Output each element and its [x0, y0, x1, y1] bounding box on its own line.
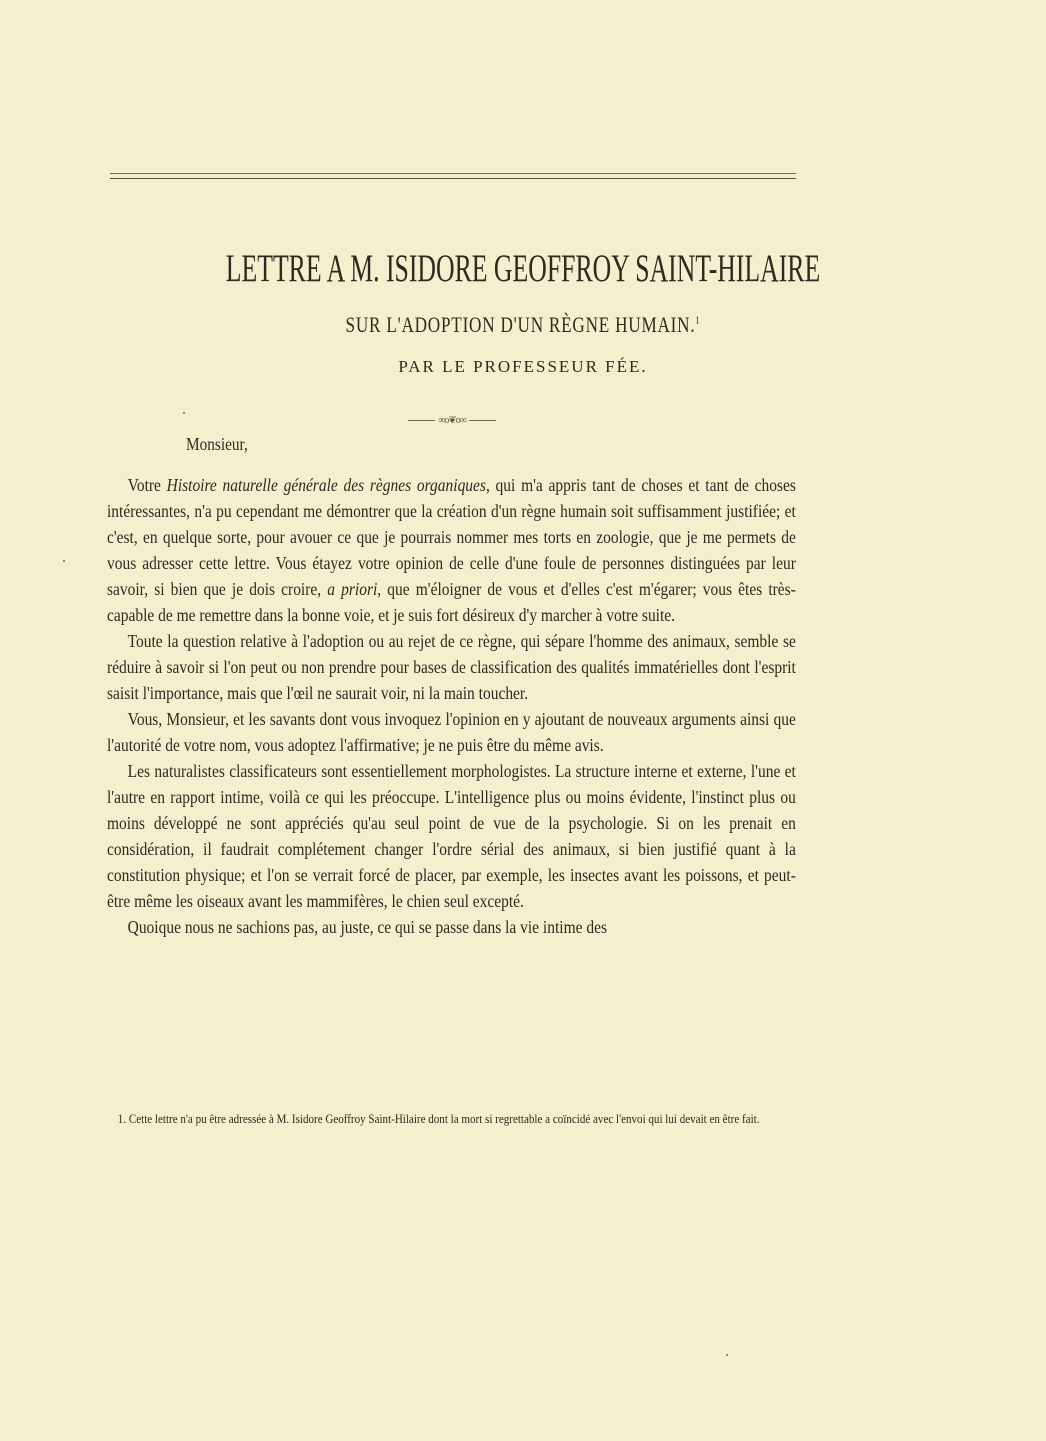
paragraph-1: Votre Histoire naturelle générale des rè…	[107, 472, 796, 628]
paragraph-text: Votre	[128, 475, 167, 495]
footnote-number: 1.	[111, 1111, 126, 1126]
author-byline: PAR LE PROFESSEUR FÉE.	[0, 357, 1046, 377]
ornament-divider-icon: ∞o❦o∞	[408, 414, 496, 426]
header-rule-thick	[110, 178, 796, 179]
ornament-line-right	[469, 420, 496, 421]
book-title-italic: Histoire naturelle générale des règnes o…	[167, 475, 486, 495]
salutation: Monsieur,	[186, 434, 248, 455]
footnote-marker: 1	[695, 315, 700, 327]
ornament-line-left	[408, 420, 435, 421]
paragraph-2: Toute la question relative à l'adoption …	[107, 628, 796, 706]
footnote: 1. Cette lettre n'a pu être adressée à M…	[111, 1110, 798, 1128]
paragraph-5: Quoique nous ne sachions pas, au juste, …	[107, 914, 796, 940]
paragraph-4: Les naturalistes classificateurs sont es…	[107, 758, 796, 914]
page-title: LETTRE A M. ISIDORE GEOFFROY SAINT-HILAI…	[178, 246, 868, 291]
paper-speck	[183, 412, 185, 414]
paper-speck	[63, 560, 65, 562]
ornament-glyph-icon: ∞o❦o∞	[435, 415, 469, 426]
footnote-text: Cette lettre n'a pu être adressée à M. I…	[129, 1111, 760, 1126]
paragraph-3: Vous, Monsieur, et les savants dont vous…	[107, 706, 796, 758]
paper-speck	[726, 1354, 728, 1356]
letter-body: Votre Histoire naturelle générale des rè…	[107, 472, 796, 940]
header-rule-thin	[110, 173, 796, 174]
subtitle-text: SUR L'ADOPTION D'UN RÈGNE HUMAIN.	[346, 312, 696, 337]
latin-phrase-italic: a priori	[327, 579, 377, 599]
page-subtitle: SUR L'ADOPTION D'UN RÈGNE HUMAIN.1	[115, 312, 931, 338]
